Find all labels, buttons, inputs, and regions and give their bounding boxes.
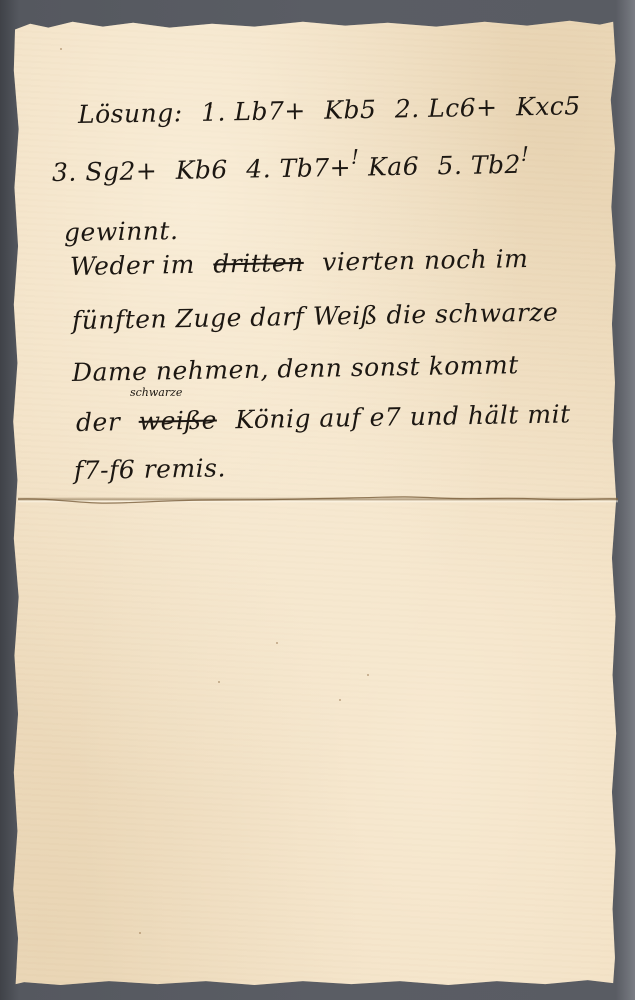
text-line-1: Lösung: 1. Lb7+ Kb5 2. Lc6+ Kxc5 <box>78 91 581 129</box>
text-segment: f7-f6 remis. <box>74 453 226 485</box>
text-line-7: der weiße König auf e7 und hält mit <box>76 399 571 437</box>
inserted-correction: schwarze <box>130 386 182 399</box>
text-segment: König auf e7 und hält mit <box>235 399 571 434</box>
move-2-black: Kxc5 <box>516 91 581 121</box>
move-1-white: 1. Lb7+ <box>201 96 306 127</box>
text-segment: vierten noch im <box>322 244 529 277</box>
move-3-white: 3. Sg2+ <box>52 156 158 187</box>
struck-out-word: dritten <box>213 248 304 279</box>
exclamation-mark: ! <box>351 145 360 169</box>
text-line-3: gewinnt. <box>64 216 179 247</box>
solution-label: Lösung: <box>78 98 183 129</box>
move-1-black: Kb5 <box>324 95 377 125</box>
text-line-8: f7-f6 remis. <box>74 453 226 485</box>
move-4-black: Ka6 <box>368 152 419 182</box>
move-3-black: Kb6 <box>175 155 228 185</box>
move-5-white: 5. Tb2 <box>437 150 521 180</box>
text-segment: der <box>76 407 121 437</box>
move-2-white: 2. Lc6+ <box>395 93 498 124</box>
text-line-6: Dame nehmen, denn sonst kommt <box>72 350 519 387</box>
text-line-2: 3. Sg2+ Kb6 4. Tb7+! Ka6 5. Tb2! <box>52 150 530 187</box>
move-4-white: 4. Tb7+ <box>246 153 351 184</box>
text-segment: Dame nehmen, denn sonst kommt <box>72 350 519 387</box>
text-segment: gewinnt. <box>64 216 179 247</box>
struck-out-word: weiße <box>138 406 217 436</box>
text-segment: fünften Zuge darf Weiß die schwarze <box>72 298 559 335</box>
text-line-4: Weder im dritten vierten noch im <box>70 244 529 281</box>
text-line-5: fünften Zuge darf Weiß die schwarze <box>72 298 559 335</box>
handwritten-text: Lösung: 1. Lb7+ Kb5 2. Lc6+ Kxc5 3. Sg2+… <box>0 0 635 1000</box>
exclamation-mark: ! <box>521 142 530 166</box>
text-segment: Weder im <box>70 250 195 281</box>
